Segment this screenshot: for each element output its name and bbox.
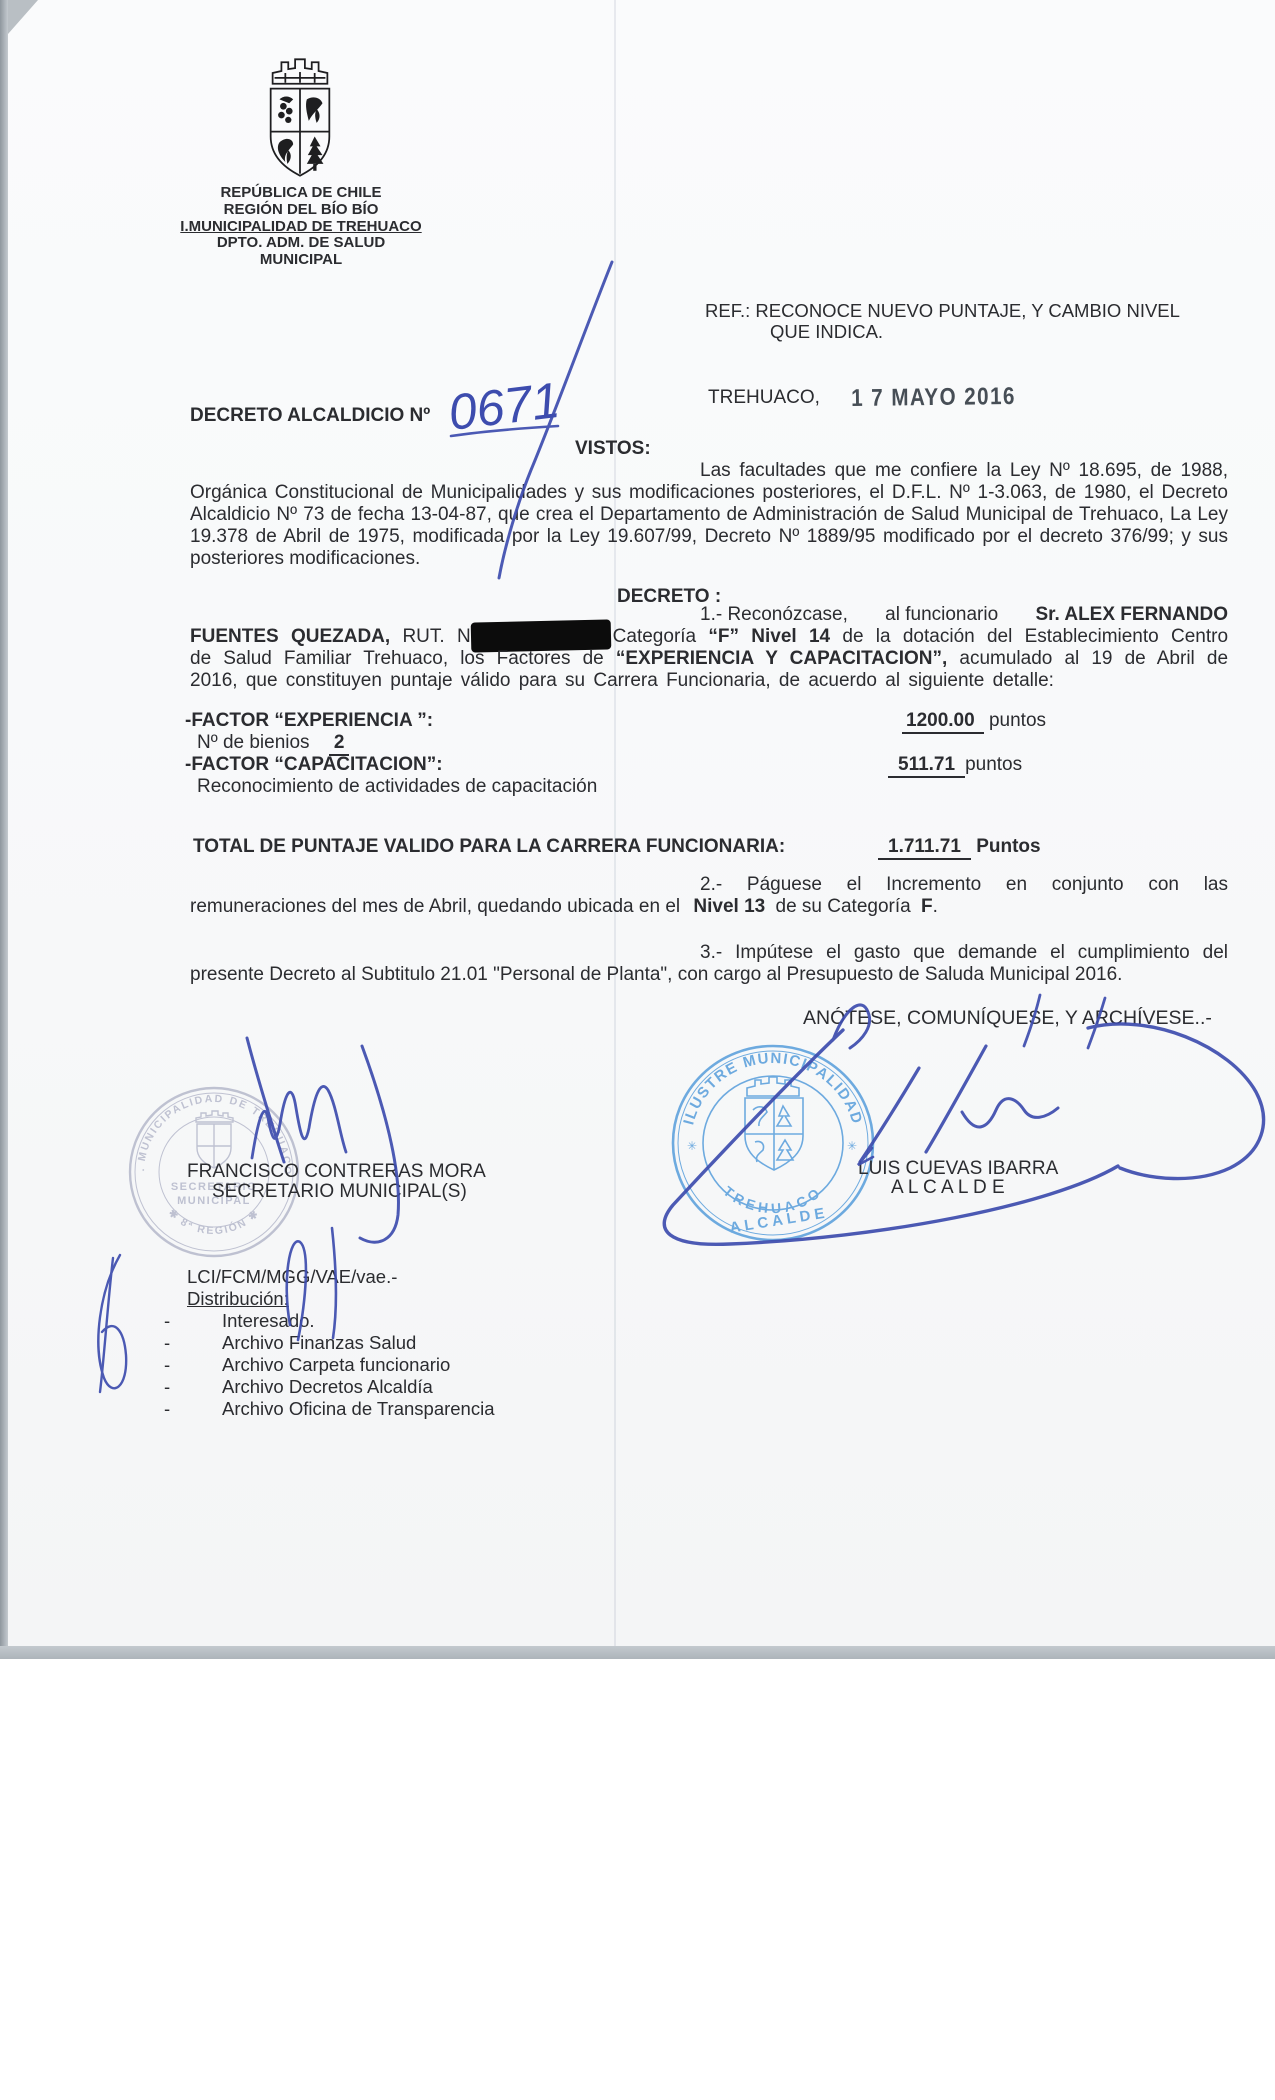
- factors-name: “EXPERIENCIA Y CAPACITACION”,: [616, 648, 947, 669]
- distribution-item-text: Archivo Carpeta funcionario: [222, 1354, 450, 1375]
- list-item: -Archivo Oficina de Transparencia: [164, 1398, 495, 1420]
- bullet-dash: -: [164, 1332, 222, 1354]
- item1-line3: de Salud Familiar Trehuaco, los Factores…: [190, 648, 1228, 670]
- item1-line4: 2016, que constituyen puntaje válido par…: [190, 670, 1054, 692]
- letterhead-country: REPÚBLICA DE CHILE: [180, 185, 422, 202]
- bullet-dash: -: [164, 1354, 222, 1376]
- factor-experiencia-unit: puntos: [989, 710, 1046, 731]
- place-label: TREHUACO,: [708, 387, 820, 409]
- total-value: 1.711.71: [878, 836, 971, 860]
- municipal-coat-of-arms-icon: [256, 52, 344, 187]
- total-label: TOTAL DE PUNTAJE VALIDO PARA LA CARRERA …: [193, 836, 785, 858]
- stamp-star-left: ✳: [687, 1139, 697, 1153]
- responsibility-initials: LCI/FCM/MGG/VAE/vae.-: [187, 1266, 397, 1288]
- distribution-label: Distribución:: [187, 1288, 289, 1310]
- item1-line3-head: de Salud Familiar Trehuaco, los Factores…: [190, 648, 604, 669]
- item2-period: .: [933, 896, 938, 917]
- vistos-line: Orgánica Constitucional de Municipalidad…: [190, 482, 1228, 504]
- scanned-decree-document: REPÚBLICA DE CHILE REGIÓN DEL BÍO BÍO I.…: [0, 0, 1275, 2100]
- item1-line1: 1.- Reconózcase, al funcionario Sr. ALEX…: [700, 604, 1228, 626]
- item1-number: 1.- Reconózcase,: [700, 604, 848, 626]
- list-item: -Archivo Carpeta funcionario: [164, 1354, 450, 1376]
- stamp-arc-top-text: ILUSTRE MUNICIPALIDAD: [680, 1050, 865, 1127]
- vistos-label: VISTOS:: [575, 438, 651, 460]
- vistos-line: Las facultades que me confiere la Ley Nº…: [700, 460, 1228, 482]
- stamp-star-right: ✳: [847, 1139, 857, 1153]
- bullet-dash: -: [164, 1398, 222, 1420]
- new-level-value: Nivel 13: [693, 896, 765, 917]
- ref-line1: REF.: RECONOCE NUEVO PUNTAJE, Y CAMBIO N…: [705, 300, 1180, 322]
- bullet-dash: -: [164, 1376, 222, 1398]
- letterhead-municipality: I.MUNICIPALIDAD DE TREHUACO: [180, 219, 422, 236]
- paper-fold-line: [614, 0, 616, 1646]
- date-stamp: 1 7 MAYO 2016: [851, 382, 1016, 413]
- factor-experiencia-label: -FACTOR “EXPERIENCIA ”:: [185, 710, 433, 732]
- item2-line1: 2.- Páguese el Incremento en conjunto co…: [700, 874, 1228, 896]
- scan-background: [0, 1659, 1275, 2100]
- decreto-label: DECRETO :: [617, 586, 721, 608]
- letterhead: REPÚBLICA DE CHILE REGIÓN DEL BÍO BÍO I.…: [180, 185, 422, 269]
- item1-text: al funcionario: [885, 604, 998, 626]
- secretary-title: SECRETARIO MUNICIPAL(S): [212, 1181, 467, 1203]
- distribution-item-text: Interesado.: [222, 1310, 315, 1331]
- secretary-name: FRANCISCO CONTRERAS MORA: [187, 1161, 486, 1183]
- category-letter: F: [921, 896, 933, 917]
- bienios-value: 2: [329, 732, 350, 756]
- item1-line3-tail: acumulado al 19 de Abril de: [959, 648, 1228, 669]
- capacitacion-note: Reconocimiento de actividades de capacit…: [197, 776, 597, 798]
- category-label: Categoría: [613, 626, 696, 647]
- bullet-dash: -: [164, 1310, 222, 1332]
- factor-capacitacion-label: -FACTOR “CAPACITACION”:: [185, 754, 443, 776]
- scan-bottom-edge: [0, 1646, 1275, 1659]
- item2-line2: remuneraciones del mes de Abril, quedand…: [190, 896, 938, 918]
- rut-label: RUT. N: [402, 626, 470, 647]
- closing-formula: ANÓTESE, COMUNÍQUESE, Y ARCHÍVESE..-: [803, 1007, 1212, 1029]
- item2-line2-mid: de su Categoría: [776, 896, 911, 917]
- list-item: -Archivo Finanzas Salud: [164, 1332, 416, 1354]
- letterhead-department: DPTO. ADM. DE SALUD MUNICIPAL: [180, 235, 422, 269]
- item3-line2: presente Decreto al Subtitulo 21.01 "Per…: [190, 964, 1122, 986]
- item1-line2-tail: de la dotación del Establecimiento Centr…: [842, 626, 1228, 647]
- employee-name-part1: Sr. ALEX FERNANDO: [1035, 604, 1228, 626]
- category-value: “F”: [708, 626, 739, 647]
- svg-text:ILUSTRE MUNICIPALIDAD: ILUSTRE MUNICIPALIDAD: [680, 1050, 865, 1127]
- distribution-item-text: Archivo Oficina de Transparencia: [222, 1398, 495, 1419]
- item2-line2-head: remuneraciones del mes de Abril, quedand…: [190, 896, 680, 917]
- decree-number-label: DECRETO ALCALDICIO Nº: [190, 405, 430, 427]
- vistos-line: Alcaldicio Nº 73 de fecha 13-04-87, que …: [190, 504, 1228, 526]
- total-unit: Puntos: [976, 836, 1040, 857]
- factor-capacitacion-value: 511.71: [888, 754, 965, 778]
- mayor-title: A L C A L D E: [891, 1177, 1005, 1199]
- level-value: Nivel 14: [751, 626, 830, 647]
- stamp-arc-bottom-text: ✱ 8ª REGIÓN ✱: [166, 1207, 262, 1237]
- vistos-line: 19.378 de Abril de 1975, modificada por …: [190, 526, 1228, 548]
- svg-text:✱ 8ª REGIÓN ✱: ✱ 8ª REGIÓN ✱: [166, 1207, 262, 1237]
- distribution-item-text: Archivo Decretos Alcaldía: [222, 1376, 433, 1397]
- distribution-item-text: Archivo Finanzas Salud: [222, 1332, 416, 1353]
- list-item: -Archivo Decretos Alcaldía: [164, 1376, 433, 1398]
- item3-line1: 3.- Impútese el gasto que demande el cum…: [700, 942, 1228, 964]
- bienios-label: Nº de bienios: [197, 732, 310, 753]
- vistos-line: posteriores modificaciones.: [190, 548, 420, 570]
- ref-line2: QUE INDICA.: [770, 321, 883, 343]
- bienios-row: Nº de bienios 2: [197, 732, 349, 754]
- list-item: -Interesado.: [164, 1310, 315, 1332]
- item1-line2: FUENTES QUEZADA, RUT. NCategoría “F” Niv…: [190, 626, 1228, 648]
- factor-capacitacion-value-row: 511.71puntos: [888, 754, 1022, 776]
- total-value-row: 1.711.71 Puntos: [878, 836, 1041, 858]
- scan-left-edge: [0, 0, 8, 1646]
- mayor-round-stamp: ILUSTRE MUNICIPALIDAD TREHUACO ✳ ✳ ALCAL…: [665, 1040, 881, 1251]
- employee-name-part2: FUENTES QUEZADA,: [190, 626, 390, 647]
- factor-experiencia-value-row: 1200.00 puntos: [902, 710, 1046, 732]
- factor-capacitacion-unit: puntos: [965, 754, 1022, 775]
- factor-experiencia-value: 1200.00: [902, 710, 984, 734]
- letterhead-region: REGIÓN DEL BÍO BÍO: [180, 202, 422, 219]
